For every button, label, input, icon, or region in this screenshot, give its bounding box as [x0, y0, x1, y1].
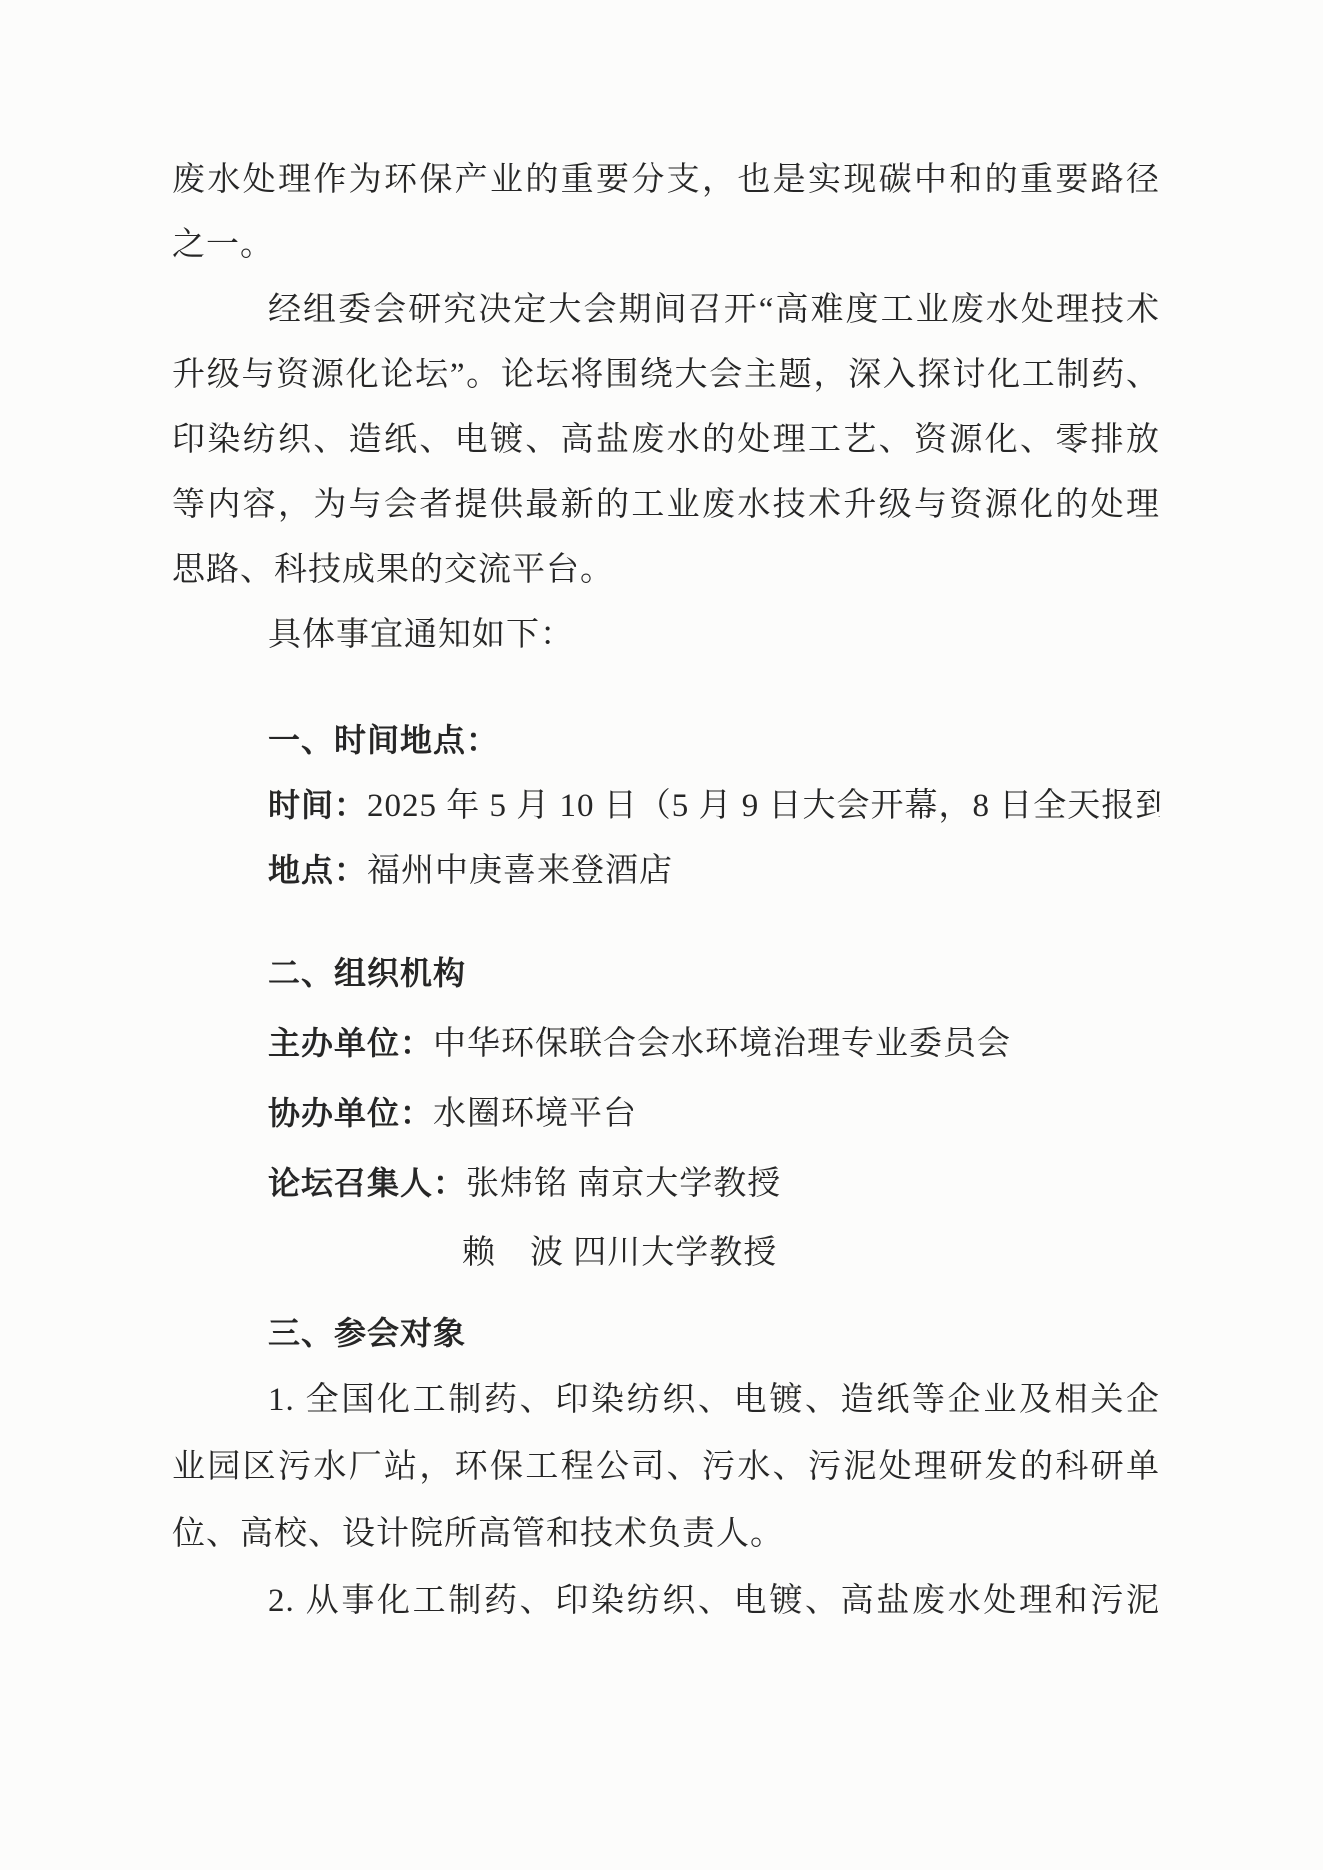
co-organizer-line: 协办单位：水圈环境平台 [172, 1078, 1160, 1148]
attendee-item-line: 位、高校、设计院所高管和技术负责人。 [172, 1501, 1160, 1568]
host-value: 中华环保联合会水环境治理专业委员会 [433, 1026, 1011, 1062]
paragraph-line: 思路、科技成果的交流平台。 [172, 538, 1160, 603]
venue-line: 地点：福州中庚喜来登酒店 [172, 838, 1160, 903]
host-line: 主办单位：中华环保联合会水环境治理专业委员会 [172, 1008, 1160, 1078]
paragraph-line: 经组委会研究决定大会期间召开“高难度工业废水处理技术 [172, 278, 1160, 343]
paragraph-line: 废水处理作为环保产业的重要分支，也是实现碳中和的重要路径 [172, 148, 1160, 213]
time-line: 时间：2025 年 5 月 10 日（5 月 9 日大会开幕，8 日全天报到） [172, 773, 1160, 838]
co-organizer-value: 水圈环境平台 [433, 1096, 637, 1132]
time-label: 时间： [268, 787, 367, 823]
time-value: 2025 年 5 月 10 日（5 月 9 日大会开幕，8 日全天报到） [367, 788, 1160, 824]
section3-heading: 三、参会对象 [172, 1300, 1160, 1367]
paragraph-line: 等内容，为与会者提供最新的工业废水技术升级与资源化的处理 [172, 473, 1160, 538]
paragraph-line: 之一。 [172, 213, 1160, 278]
venue-label: 地点： [268, 852, 367, 888]
paragraph-line: 印染纺织、造纸、电镀、高盐废水的处理工艺、资源化、零排放 [172, 408, 1160, 473]
co-organizer-label: 协办单位： [268, 1095, 433, 1131]
convener-value: 张炜铭 南京大学教授 [466, 1166, 781, 1202]
convener-line: 论坛召集人：张炜铭 南京大学教授 [172, 1148, 1160, 1218]
section-gap [172, 1288, 1160, 1300]
paragraph-line: 升级与资源化论坛”。论坛将围绕大会主题，深入探讨化工制药、 [172, 343, 1160, 408]
page-content: 废水处理作为环保产业的重要分支，也是实现碳中和的重要路径 之一。 经组委会研究决… [172, 148, 1160, 1635]
section2-heading: 二、组织机构 [172, 938, 1160, 1008]
convener-label: 论坛召集人： [268, 1165, 466, 1201]
host-label: 主办单位： [268, 1025, 433, 1061]
section1-heading: 一、时间地点： [172, 708, 1160, 773]
attendee-item-line: 1. 全国化工制药、印染纺织、电镀、造纸等企业及相关企 [172, 1367, 1160, 1434]
attendee-item-line: 业园区污水厂站，环保工程公司、污水、污泥处理研发的科研单 [172, 1434, 1160, 1501]
attendee-item-line: 2. 从事化工制药、印染纺织、电镀、高盐废水处理和污泥 [172, 1568, 1160, 1635]
notice-lead-line: 具体事宜通知如下： [172, 603, 1160, 668]
convener-line-2: 赖 波 四川大学教授 [172, 1218, 1160, 1288]
section-gap [172, 668, 1160, 708]
venue-value: 福州中庚喜来登酒店 [367, 853, 673, 889]
document-page: 废水处理作为环保产业的重要分支，也是实现碳中和的重要路径 之一。 经组委会研究决… [0, 0, 1323, 1870]
section-gap [172, 903, 1160, 938]
